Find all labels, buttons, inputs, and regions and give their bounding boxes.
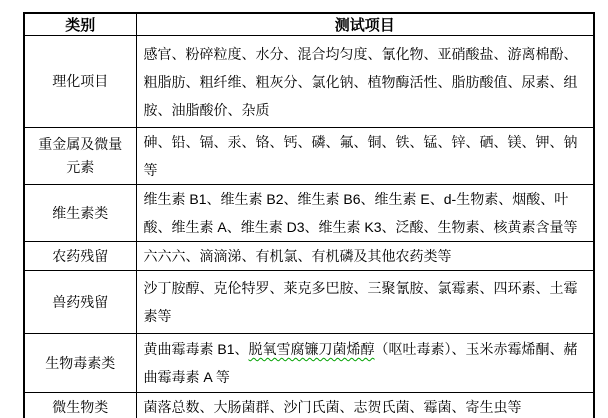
items-cell: 六六六、滴滴涕、有机氯、有机磷及其他农药类等 [136,242,594,271]
category-cell: 农药残留 [24,242,136,271]
category-cell: 兽药残留 [24,271,136,334]
items-text: 菌落总数、大肠菌群、沙门氏菌、志贺氏菌、霉菌、寄生虫等 [144,399,522,415]
table-row: 维生素类维生素 B1、维生素 B2、维生素 B6、维生素 E、d-生物素、烟酸、… [24,185,594,242]
items-cell: 维生素 B1、维生素 B2、维生素 B6、维生素 E、d-生物素、烟酸、叶酸、维… [136,185,594,242]
items-cell: 菌落总数、大肠菌群、沙门氏菌、志贺氏菌、霉菌、寄生虫等 [136,393,594,418]
table-row: 农药残留六六六、滴滴涕、有机氯、有机磷及其他农药类等 [24,242,594,271]
items-cell: 感官、粉碎粒度、水分、混合均匀度、氰化物、亚硝酸盐、游离棉酚、粗脂肪、粗纤维、粗… [136,36,594,128]
items-text: 黄曲霉毒素 B1、 [144,341,249,357]
document-page: 类别 测试项目 理化项目感官、粉碎粒度、水分、混合均匀度、氰化物、亚硝酸盐、游离… [0,0,608,418]
items-cell: 砷、铅、镉、汞、铬、钙、磷、氟、铜、铁、锰、锌、硒、镁、钾、钠等 [136,128,594,185]
header-cell-items: 测试项目 [136,13,594,36]
category-cell: 重金属及微量元素 [24,128,136,185]
header-cell-category: 类别 [24,13,136,36]
header-row: 类别 测试项目 [24,13,594,36]
table-row: 微生物类菌落总数、大肠菌群、沙门氏菌、志贺氏菌、霉菌、寄生虫等 [24,393,594,418]
category-cell: 生物毒素类 [24,334,136,393]
table-row: 兽药残留沙丁胺醇、克伦特罗、莱克多巴胺、三聚氰胺、氯霉素、四环素、土霉素等 [24,271,594,334]
items-text: 沙丁胺醇、克伦特罗、莱克多巴胺、三聚氰胺、氯霉素、四环素、土霉素等 [144,280,578,324]
category-cell: 理化项目 [24,36,136,128]
items-cell: 黄曲霉毒素 B1、脱氧雪腐镰刀菌烯醇（呕吐毒素）、玉米赤霉烯酮、赭曲霉毒素 A … [136,334,594,393]
items-text: 六六六、滴滴涕、有机氯、有机磷及其他农药类等 [144,248,452,264]
items-cell: 沙丁胺醇、克伦特罗、莱克多巴胺、三聚氰胺、氯霉素、四环素、土霉素等 [136,271,594,334]
category-cell: 维生素类 [24,185,136,242]
items-text: 砷、铅、镉、汞、铬、钙、磷、氟、铜、铁、锰、锌、硒、镁、钾、钠等 [144,134,578,178]
items-text: 感官、粉碎粒度、水分、混合均匀度、氰化物、亚硝酸盐、游离棉酚、粗脂肪、粗纤维、粗… [144,46,578,118]
table-row: 重金属及微量元素砷、铅、镉、汞、铬、钙、磷、氟、铜、铁、锰、锌、硒、镁、钾、钠等 [24,128,594,185]
items-text: 维生素 B1、维生素 B2、维生素 B6、维生素 E、d-生物素、烟酸、叶酸、维… [144,191,578,235]
spellcheck-flagged-text: 脱氧雪腐镰刀菌烯醇 [249,341,375,357]
test-items-table: 类别 测试项目 理化项目感官、粉碎粒度、水分、混合均匀度、氰化物、亚硝酸盐、游离… [23,12,595,418]
table-row: 理化项目感官、粉碎粒度、水分、混合均匀度、氰化物、亚硝酸盐、游离棉酚、粗脂肪、粗… [24,36,594,128]
table-row: 生物毒素类黄曲霉毒素 B1、脱氧雪腐镰刀菌烯醇（呕吐毒素）、玉米赤霉烯酮、赭曲霉… [24,334,594,393]
category-cell: 微生物类 [24,393,136,418]
table-body: 理化项目感官、粉碎粒度、水分、混合均匀度、氰化物、亚硝酸盐、游离棉酚、粗脂肪、粗… [24,36,594,418]
